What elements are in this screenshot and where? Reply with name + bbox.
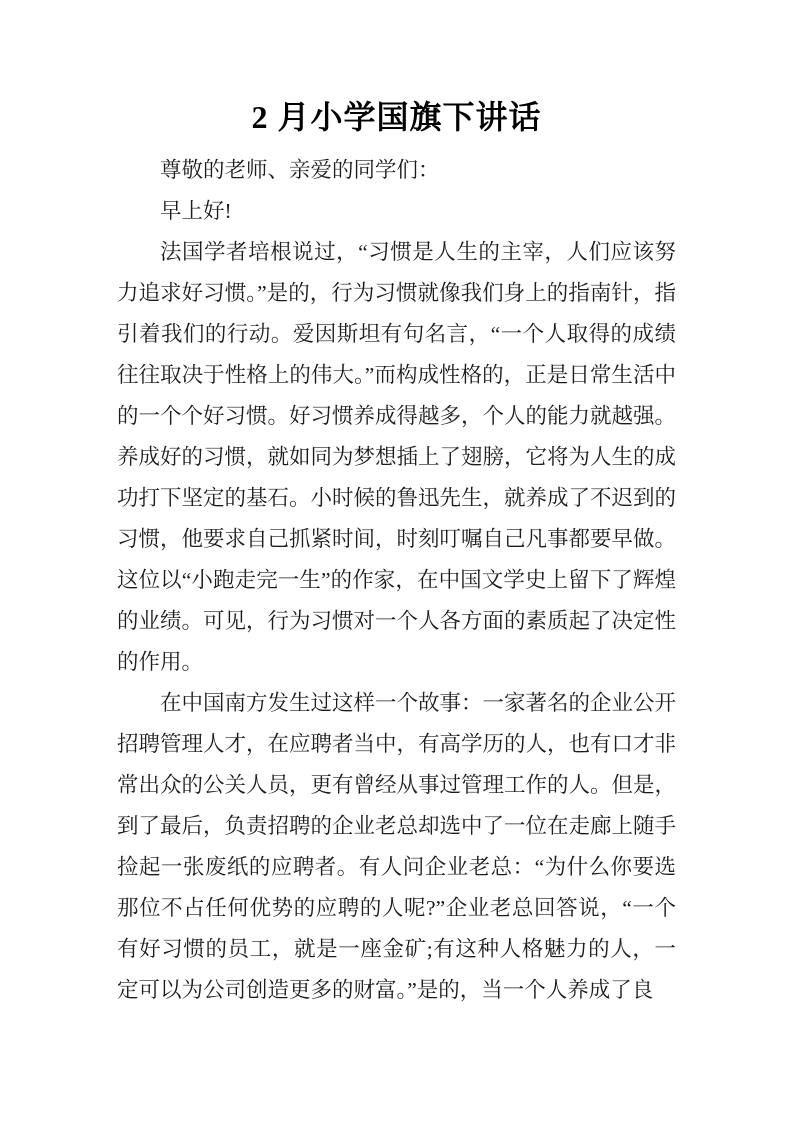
body-paragraph-2: 在中国南方发生过这样一个故事：一家著名的企业公开招聘管理人才，在应聘者当中，有高… (117, 683, 676, 1011)
body-paragraph-1: 法国学者培根说过，“习惯是人生的主宰，人们应该努力追求好习惯。”是的，行为习惯就… (117, 232, 676, 683)
greeting-text: 早上好! (117, 191, 676, 232)
page-title: 2 月小学国旗下讲话 (117, 94, 676, 140)
salutation-text: 尊敬的老师、亲爱的同学们： (117, 150, 676, 191)
document-page: 2 月小学国旗下讲话 尊敬的老师、亲爱的同学们： 早上好! 法国学者培根说过，“… (0, 0, 793, 1122)
